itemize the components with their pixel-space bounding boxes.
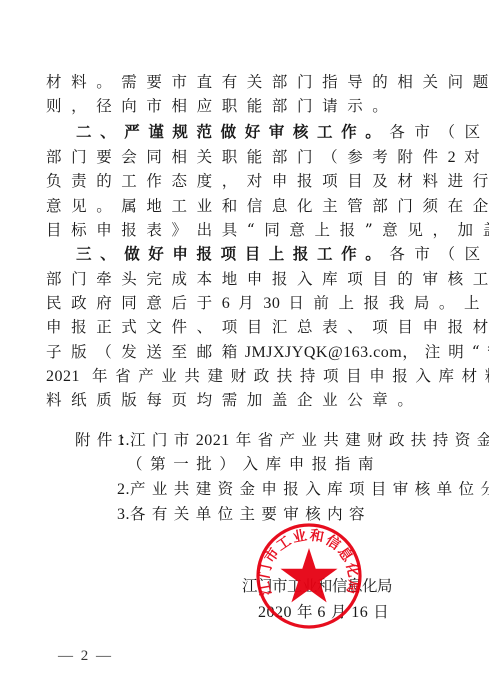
year: 2021 [196,432,230,449]
body-text-line: 料纸质版每页均需加盖企业公章。 [46,390,423,410]
body-text-line: 材料。需要市直有关部门指导的相关问题，可按照业务对口的原 [46,72,489,92]
attachment-item-1-cont: （第一批）入库申报指南 [127,454,381,474]
signature-date: 2020 年 6 月 16 日 [258,602,389,623]
body-text-line: 部门要会同相关职能部门（参考附件2对应审核单位），以认真 [46,147,489,168]
number: 30 [263,295,280,312]
section-3-first-line: 三、做好申报项目上报工作。各市（区）工业和信息化主管 [76,244,489,264]
attachment-text: 年省产业共建财政扶持资金项目 [236,431,489,449]
section-3-heading: 三、做好申报项目上报工作。 [76,245,389,263]
body-text: 月 [238,294,263,312]
body-text-line: 部门牵头完成本地申报入库项目的审核工作并经所在市（区）人 [46,269,489,289]
attachment-text: 江门市 [130,431,196,449]
body-text-line: 子版（发送至邮箱JMJXJYQK@163.com，注明“**（企业名称） [46,342,489,363]
section-2-first-line: 二、严谨规范做好审核工作。各市（区）工业和信息化主管 [76,122,489,142]
email-address: JMJXJYQK@163.com， [245,344,419,361]
section-2-heading: 二、严谨规范做好审核工作。 [76,123,389,141]
body-text-line: 申报正式文件、项目汇总表、项目申报材料纸质版一式四份和电 [46,317,489,337]
year: 2021 [46,368,80,385]
body-text: 各市（区）工业和信息化主管 [389,123,489,141]
attachment-item-2: 2.产业共建资金申报入库项目审核单位分工表 [117,479,489,500]
body-text: 部门要会同相关职能部门（参考附件 [46,148,448,166]
body-text-line: 民政府同意后于6月30日前上报我局。上报材料包括本地项目 [46,293,489,314]
body-text-line: 负责的工作态度，对申报项目及材料进行把关，出具明确的审核 [46,171,489,191]
signature-org: 江门市工业和信息化局 [242,576,392,596]
attachment-item-1: 1.江门市2021年省产业共建财政扶持资金项目 [117,430,489,451]
date-text: 日 [373,603,389,621]
date-text: 年 [297,603,313,621]
body-text-line: 2021年省产业共建财政扶持项目申报入库材料”），项目申报材 [46,366,489,387]
number: 6 [222,295,231,312]
date-day: 16 [351,604,368,621]
body-text: 民政府同意后于 [46,294,222,312]
page-number: — 2 — [58,648,113,665]
date-month: 6 [317,604,326,621]
date-text: 月 [331,603,347,621]
body-text: 子版（发送至邮箱 [46,343,247,361]
attachment-text: 各有关单位主要审核内容 [130,505,371,523]
body-text: 注明“**（企业名称） [425,343,489,361]
body-text: 年省产业共建财政扶持项目申报入库材料”），项目申报材 [92,367,489,385]
number: 2 [448,149,457,166]
body-text: 对应审核单位），以认真 [464,148,489,166]
attachment-number: 2. [117,481,130,498]
attachment-text: 产业共建资金申报入库项目审核单位分工表 [130,480,489,498]
attachment-item-3: 3.各有关单位主要审核内容 [117,504,371,525]
body-text: 各市（区）工业和信息化主管 [389,245,489,263]
body-text-line: 则，径向市相应职能部门请示。 [46,96,397,116]
date-year: 2020 [258,604,292,621]
body-text: 日前上报我局。上报材料包括本地项目 [288,294,489,312]
attachment-number: 1. [117,432,130,449]
body-text-line: 目标申报表》出具“同意上报”意见，加盖单位公章。 [46,220,489,240]
attachment-number: 3. [117,506,130,523]
body-text-line: 意见。属地工业和信息化主管部门须在企业申报材料《项目绩效 [46,196,489,216]
